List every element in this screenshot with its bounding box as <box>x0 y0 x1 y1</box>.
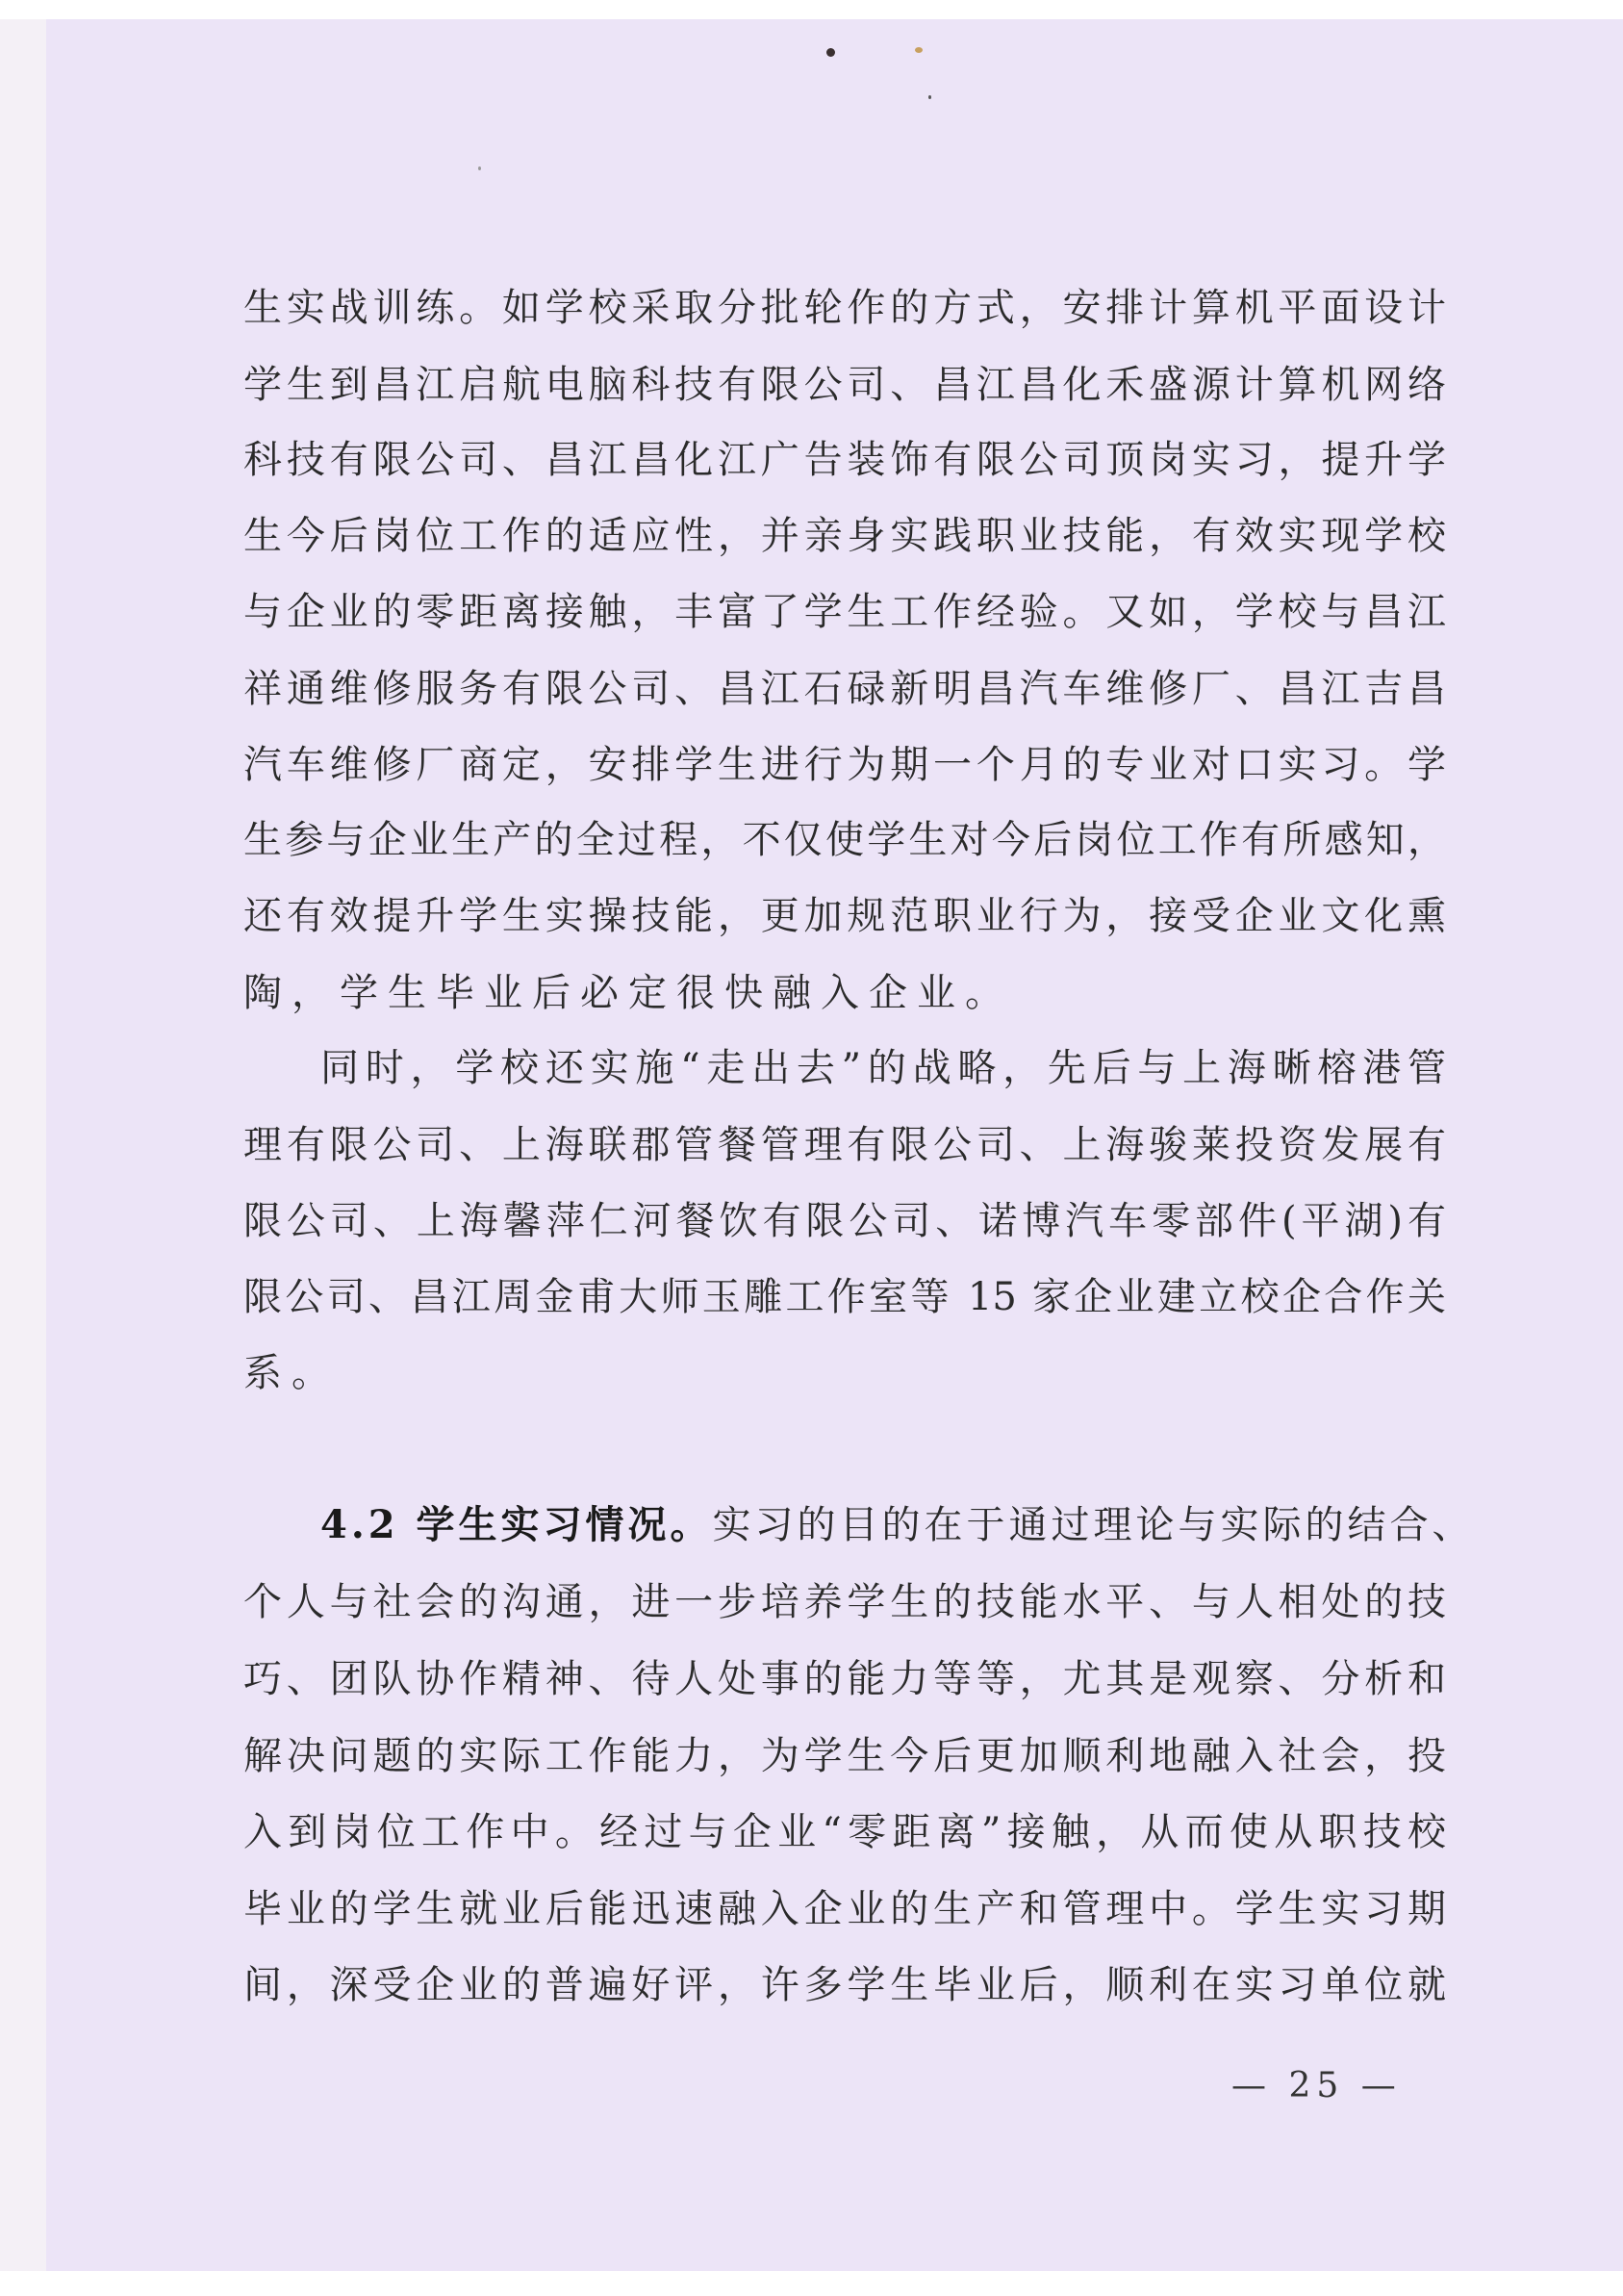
text-line: 祥通维修服务有限公司、昌江石碌新明昌汽车维修厂、昌江吉昌 <box>243 651 1446 727</box>
text-line: 与企业的零距离接触，丰富了学生工作经验。又如，学校与昌江 <box>243 574 1446 650</box>
text-line: 限公司、昌江周金甫大师玉雕工作室等 15 家企业建立校企合作关 <box>243 1260 1446 1335</box>
text-line: 汽车维修厂商定，安排学生进行为期一个月的专业对口实习。学 <box>243 727 1446 803</box>
text-line: 限公司、上海馨萍仁河餐饮有限公司、诺博汽车零部件(平湖)有 <box>243 1184 1446 1259</box>
text-line: 生实战训练。如学校采取分批轮作的方式，安排计算机平面设计 <box>243 270 1446 345</box>
text-line: 科技有限公司、昌江昌化江广告装饰有限公司顶岗实习，提升学 <box>243 422 1446 497</box>
text-line: 解决问题的实际工作能力，为学生今后更加顺利地融入社会，投 <box>243 1719 1446 1794</box>
text-line: 生参与企业生产的全过程，不仅使学生对今后岗位工作有所感知， <box>243 803 1446 878</box>
text-line: 系。 <box>243 1336 1446 1411</box>
text-line: 4.2 学生实习情况。实习的目的在于通过理论与实际的结合、 <box>320 1488 1446 1563</box>
text-line: 毕业的学生就业后能迅速融入企业的生产和管理中。学生实习期 <box>243 1872 1446 1947</box>
text-span: 实习的目的在于通过理论与实际的结合、 <box>713 1503 1475 1547</box>
text-line: 生今后岗位工作的适应性，并亲身实践职业技能，有效实现学校 <box>243 498 1446 574</box>
text-line: 巧、团队协作精神、待人处事的能力等等，尤其是观察、分析和 <box>243 1642 1446 1717</box>
text-line: 理有限公司、上海联郡管餐管理有限公司、上海骏莱投资发展有 <box>243 1108 1446 1183</box>
paper-edge <box>0 19 46 2271</box>
scan-speck <box>478 166 481 170</box>
scan-speck <box>826 48 835 57</box>
page-number: — 25 — <box>1231 2059 1402 2113</box>
text-line: 入到岗位工作中。经过与企业“零距离”接触，从而使从职技校 <box>243 1795 1446 1870</box>
text-line: 间，深受企业的普遍好评，许多学生毕业后，顺利在实习单位就 <box>243 1948 1446 2023</box>
scan-speck <box>915 47 923 53</box>
text-line: 同时，学校还实施“走出去”的战略，先后与上海晰榕港管 <box>320 1031 1446 1106</box>
section-heading: 4.2 学生实习情况。 <box>320 1502 713 1547</box>
text-line: 陶，学生毕业后必定很快融入企业。 <box>243 956 1446 1031</box>
text-line: 学生到昌江启航电脑科技有限公司、昌江昌化禾盛源计算机网络 <box>243 347 1446 422</box>
scan-speck <box>928 95 931 99</box>
text-line: 还有效提升学生实操技能，更加规范职业行为，接受企业文化熏 <box>243 879 1446 954</box>
text-line: 个人与社会的沟通，进一步培养学生的技能水平、与人相处的技 <box>243 1565 1446 1640</box>
